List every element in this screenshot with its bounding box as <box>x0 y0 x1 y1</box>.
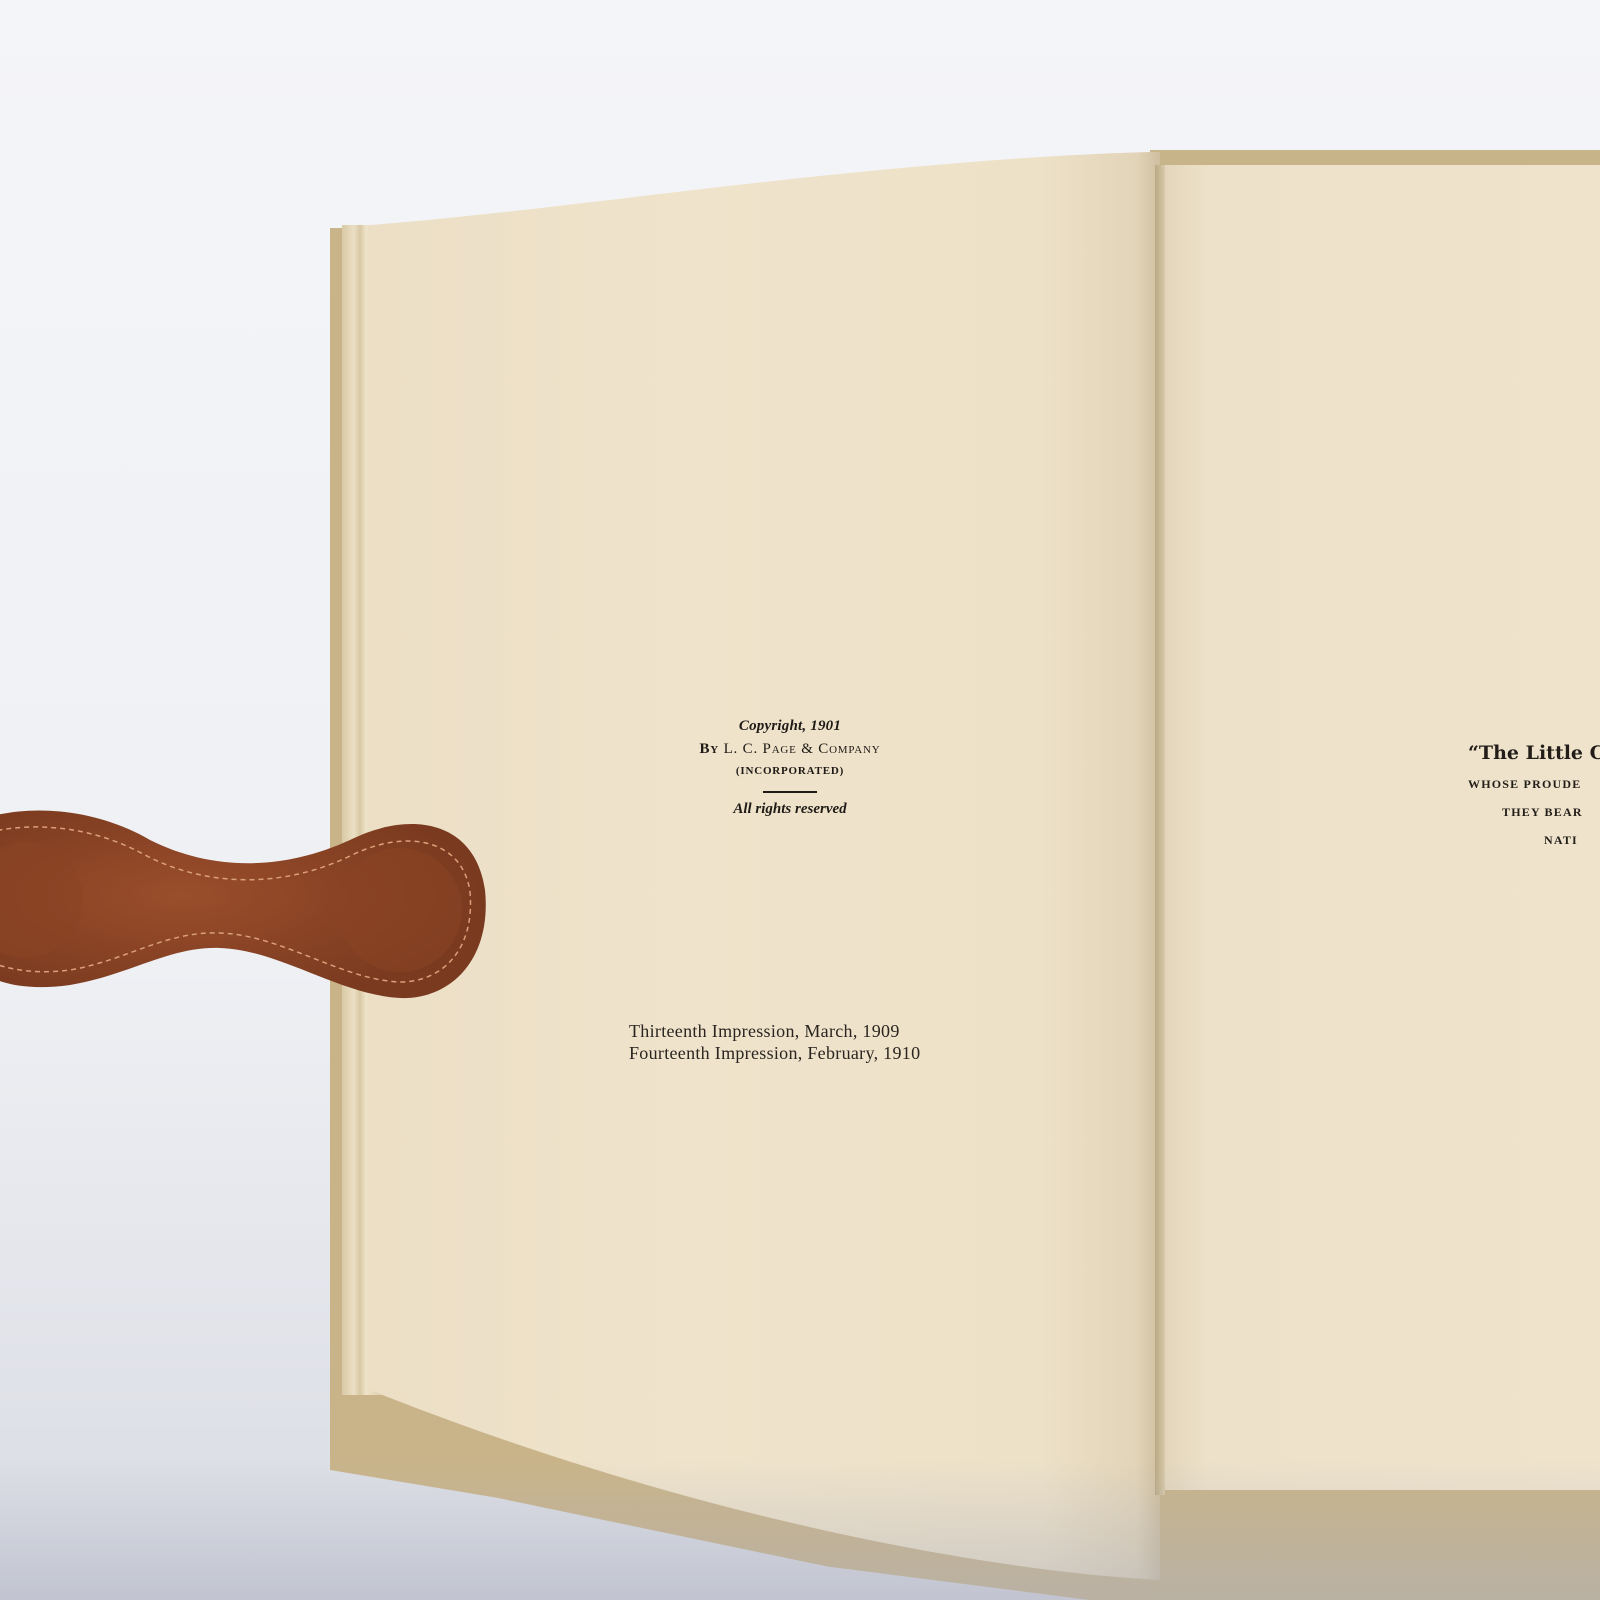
dedication-title: “The Little Ca <box>1468 742 1600 764</box>
publisher-name: L. C. Page & Company <box>724 741 881 757</box>
publisher-by: By <box>699 741 719 757</box>
copyright-year: Copyright, 1901 <box>600 718 980 735</box>
impression-line: Thirteenth Impression, March, 1909 <box>629 1020 920 1042</box>
book-gutter <box>1155 165 1165 1495</box>
book-photo-scene: Copyright, 1901 By L. C. Page & Company … <box>0 0 1600 1600</box>
dedication-line: THEY BEAR <box>1502 805 1600 820</box>
impressions-list: Thirteenth Impression, March, 1909 Fourt… <box>629 1020 920 1064</box>
copyright-block: Copyright, 1901 By L. C. Page & Company … <box>600 718 980 818</box>
dedication-line: WHOSE PROUDE <box>1468 777 1600 792</box>
divider-rule <box>763 791 817 793</box>
rights-reserved: All rights reserved <box>600 801 980 818</box>
publisher-line: By L. C. Page & Company <box>600 741 980 758</box>
leather-bookmark <box>0 800 500 1010</box>
dedication-block: “The Little Ca WHOSE PROUDE THEY BEAR NA… <box>1468 742 1600 848</box>
incorporated-label: (INCORPORATED) <box>600 765 980 777</box>
dedication-line: NATI <box>1544 833 1600 848</box>
impression-line: Fourteenth Impression, February, 1910 <box>629 1042 920 1064</box>
